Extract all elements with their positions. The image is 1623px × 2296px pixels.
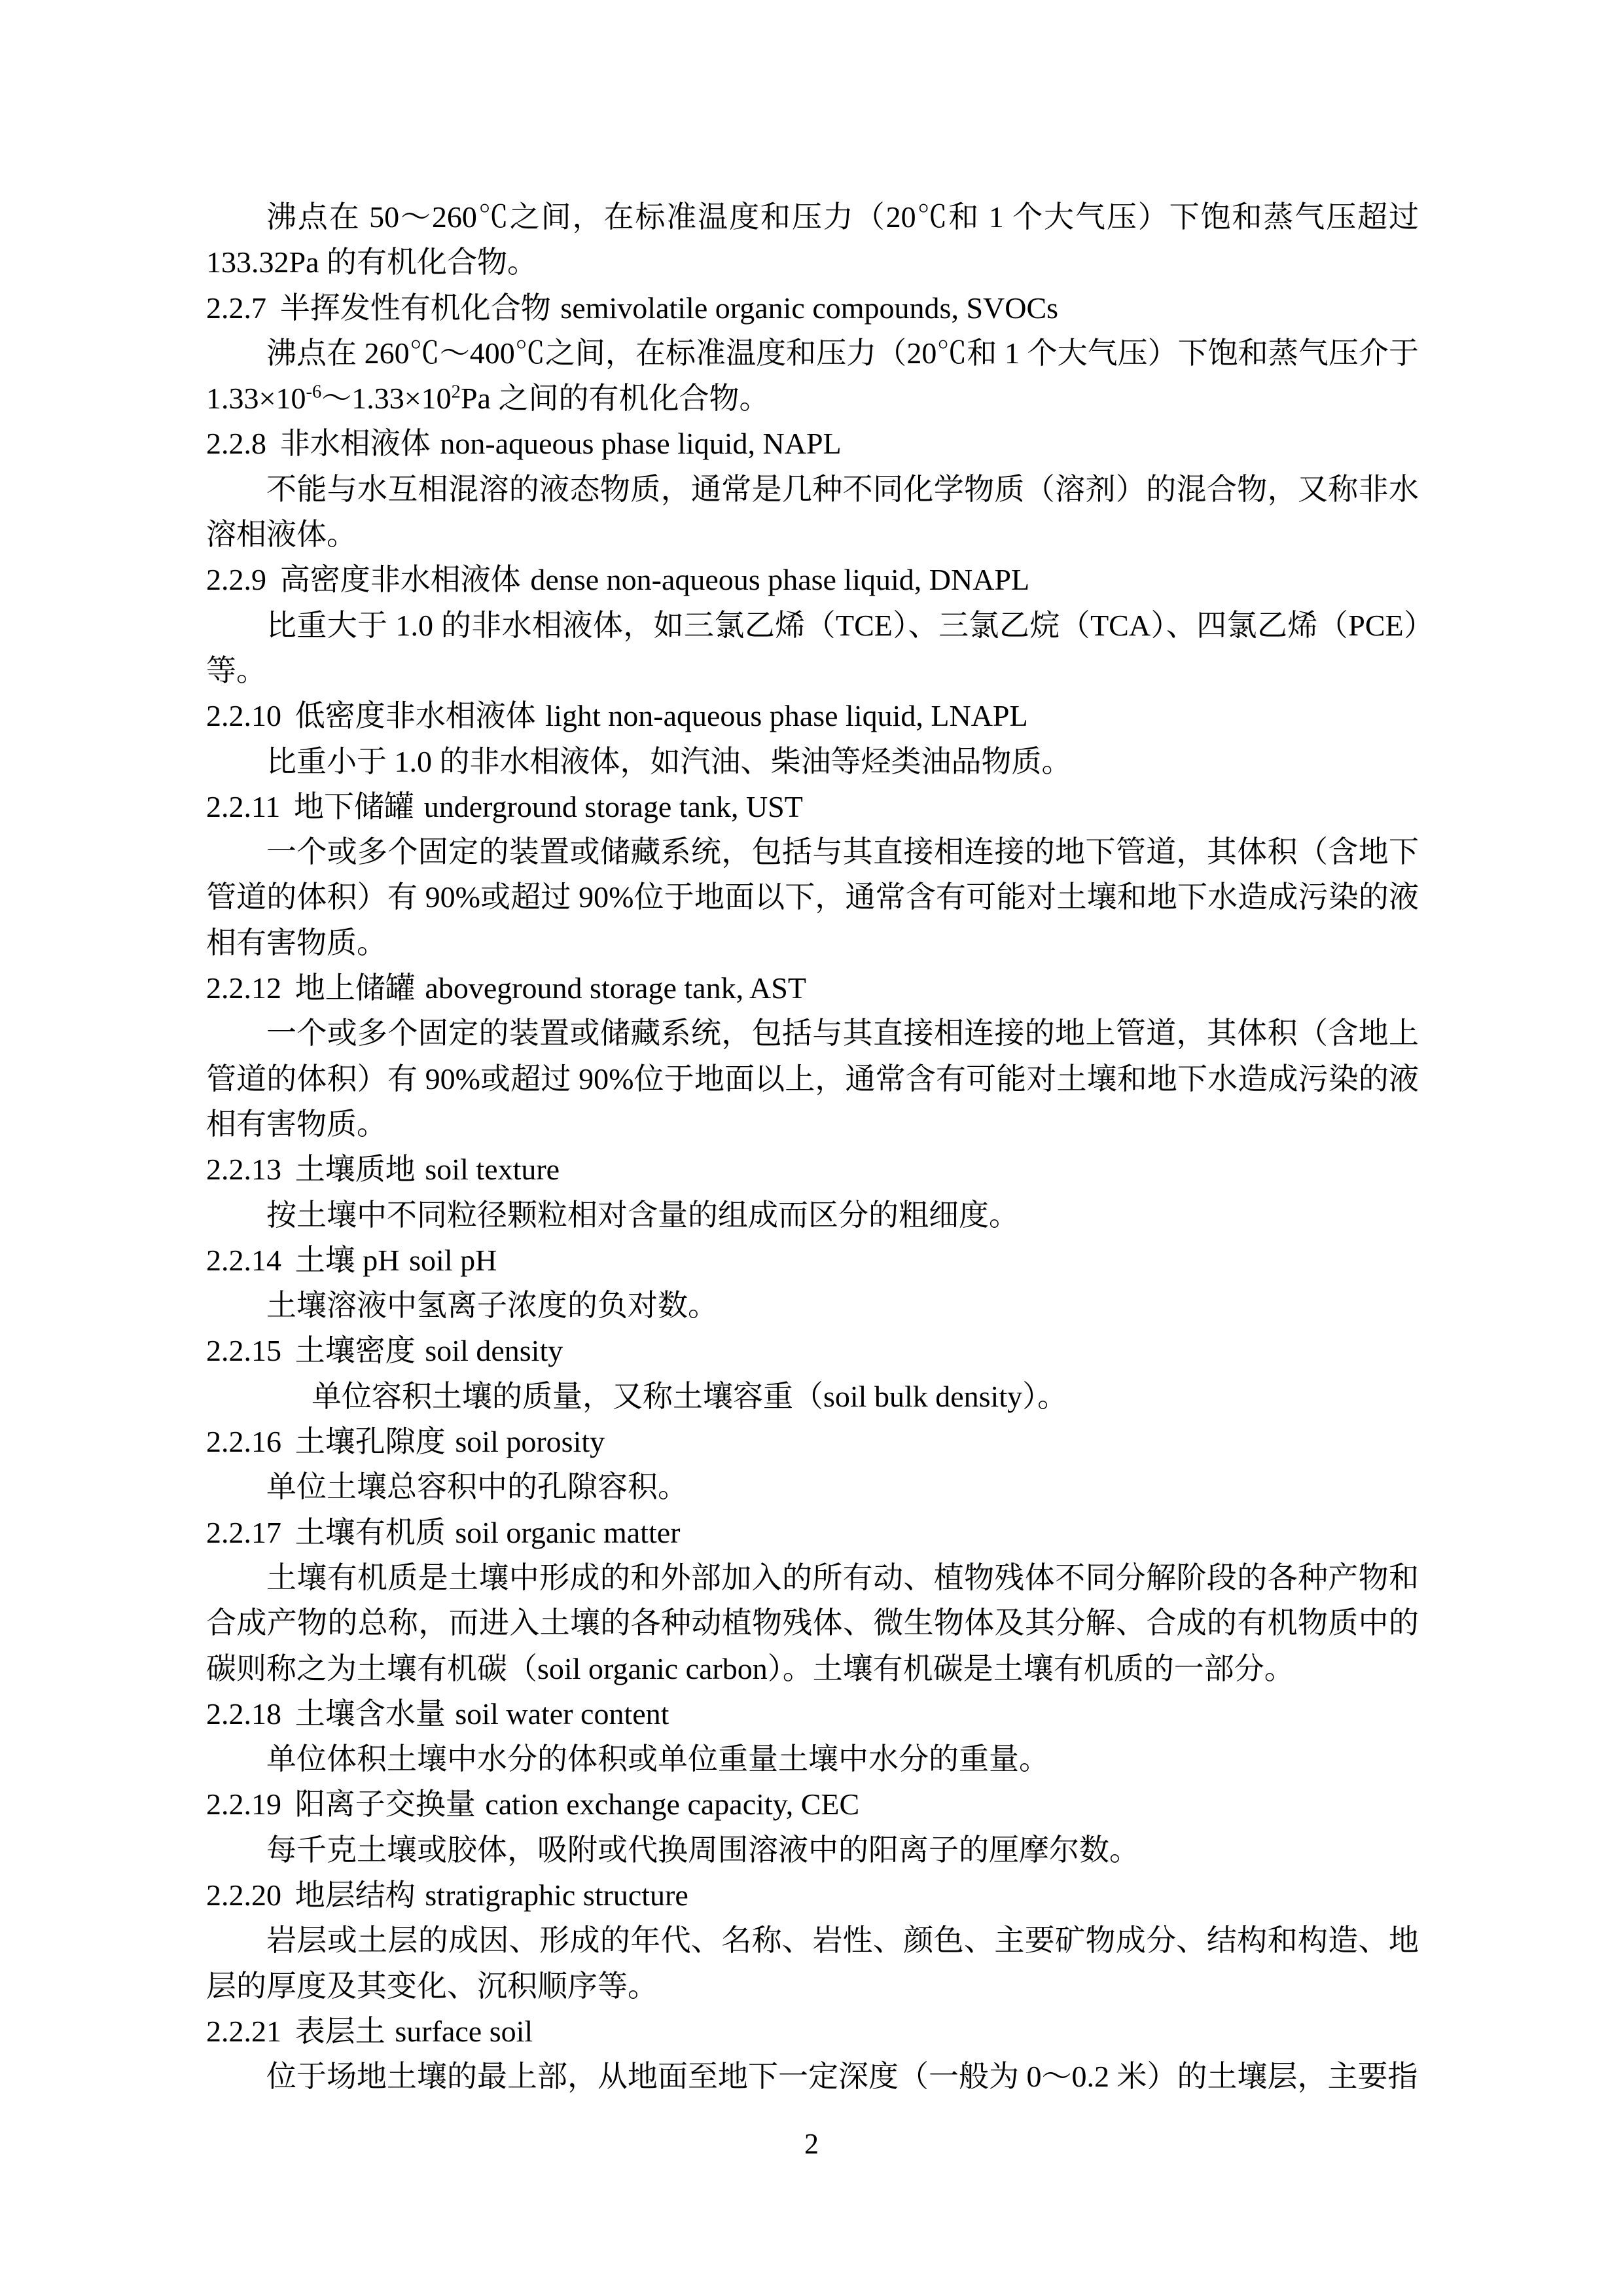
term-name-en: soil density: [425, 1334, 563, 1367]
term-name-zh: 高密度非水相液体: [280, 563, 521, 596]
term-number: 2.2.19: [206, 1787, 281, 1821]
term-name-en: aboveground storage tank, AST: [425, 971, 806, 1005]
term-name-zh: 表层土: [295, 2015, 385, 2048]
term-number: 2.2.16: [206, 1425, 281, 1458]
term-name-zh: 土壤密度: [295, 1334, 416, 1367]
term-name-zh: 土壤孔隙度: [295, 1425, 446, 1458]
term-heading: 2.2.10低密度非水相液体light non-aqueous phase li…: [206, 693, 1419, 738]
definition-para: 位于场地土壤的最上部，从地面至地下一定深度（一般为 0～0.2 米）的土壤层，主…: [206, 2054, 1419, 2099]
term-heading: 2.2.19阳离子交换量cation exchange capacity, CE…: [206, 1782, 1419, 1827]
term-name-en: soil porosity: [455, 1425, 605, 1458]
definition-para: 单位土壤总容积中的孔隙容积。: [206, 1464, 1419, 1509]
term-heading: 2.2.21表层土surface soil: [206, 2009, 1419, 2054]
definition-para: 岩层或土层的成因、形成的年代、名称、岩性、颜色、主要矿物成分、结构和构造、地层的…: [206, 1918, 1419, 2009]
definition-para: 单位容积土壤的质量，又称土壤容重（soil bulk density）。: [206, 1374, 1419, 1419]
definition-para: 土壤有机质是土壤中形成的和外部加入的所有动、植物残体不同分解阶段的各种产物和合成…: [206, 1555, 1419, 1691]
definition-para: 比重大于 1.0 的非水相液体，如三氯乙烯（TCE）、三氯乙烷（TCA）、四氯乙…: [206, 603, 1419, 694]
def-text-segment: Pa 之间的有机化合物。: [461, 382, 770, 415]
term-name-zh: 土壤含水量: [295, 1697, 446, 1731]
term-name-en: dense non-aqueous phase liquid, DNAPL: [530, 563, 1029, 596]
term-number: 2.2.13: [206, 1153, 281, 1186]
term-name-en: cation exchange capacity, CEC: [485, 1787, 859, 1821]
term-number: 2.2.12: [206, 971, 281, 1005]
term-heading: 2.2.13土壤质地soil texture: [206, 1147, 1419, 1192]
term-heading: 2.2.8非水相液体non-aqueous phase liquid, NAPL: [206, 421, 1419, 466]
term-name-en: soil texture: [425, 1153, 560, 1186]
term-number: 2.2.7: [206, 291, 266, 325]
definition-para: 一个或多个固定的装置或储藏系统，包括与其直接相连接的地上管道，其体积（含地上管道…: [206, 1011, 1419, 1147]
term-name-en: light non-aqueous phase liquid, LNAPL: [545, 699, 1027, 732]
document-body: 沸点在 50～260℃之间，在标准温度和压力（20℃和 1 个大气压）下饱和蒸气…: [206, 194, 1419, 2099]
definition-para: 单位体积土壤中水分的体积或单位重量土壤中水分的重量。: [206, 1736, 1419, 1782]
term-name-zh: 土壤有机质: [295, 1516, 446, 1549]
term-name-en: semivolatile organic compounds, SVOCs: [560, 291, 1058, 325]
term-name-zh: 非水相液体: [280, 427, 431, 460]
term-name-zh: 阳离子交换量: [295, 1787, 476, 1821]
term-name-en: stratigraphic structure: [425, 1878, 688, 1912]
term-name-en: soil water content: [455, 1697, 669, 1731]
page-number: 2: [0, 2128, 1623, 2160]
term-number: 2.2.15: [206, 1334, 281, 1367]
term-name-zh: 地下储罐: [294, 790, 414, 823]
definition-para: 不能与水互相混溶的液态物质，通常是几种不同化学物质（溶剂）的混合物，又称非水溶相…: [206, 467, 1419, 558]
term-heading: 2.2.14土壤 pHsoil pH: [206, 1238, 1419, 1283]
definition-para: 沸点在 260℃～400℃之间，在标准温度和压力（20℃和 1 个大气压）下饱和…: [206, 331, 1419, 422]
definition-para: 沸点在 50～260℃之间，在标准温度和压力（20℃和 1 个大气压）下饱和蒸气…: [206, 194, 1419, 285]
term-name-zh: 地上储罐: [295, 971, 416, 1005]
term-number: 2.2.11: [206, 790, 280, 823]
term-heading: 2.2.7半挥发性有机化合物semivolatile organic compo…: [206, 285, 1419, 331]
term-number: 2.2.17: [206, 1516, 281, 1549]
term-number: 2.2.18: [206, 1697, 281, 1731]
definition-para: 土壤溶液中氢离子浓度的负对数。: [206, 1283, 1419, 1328]
term-heading: 2.2.17土壤有机质soil organic matter: [206, 1510, 1419, 1555]
term-name-en: underground storage tank, UST: [424, 790, 803, 823]
definition-para: 比重小于 1.0 的非水相液体，如汽油、柴油等烃类油品物质。: [206, 739, 1419, 784]
term-heading: 2.2.18土壤含水量soil water content: [206, 1691, 1419, 1736]
superscript-exponent: 2: [452, 382, 461, 403]
term-number: 2.2.9: [206, 563, 266, 596]
definition-para: 每千克土壤或胶体，吸附或代换周围溶液中的阳离子的厘摩尔数。: [206, 1827, 1419, 1873]
term-heading: 2.2.11地下储罐underground storage tank, UST: [206, 784, 1419, 829]
term-name-zh: 土壤质地: [295, 1153, 416, 1186]
term-heading: 2.2.16土壤孔隙度soil porosity: [206, 1419, 1419, 1464]
term-name-en: soil pH: [409, 1244, 497, 1277]
term-number: 2.2.10: [206, 699, 281, 732]
term-name-en: soil organic matter: [455, 1516, 680, 1549]
superscript-exponent: -6: [306, 382, 321, 403]
term-name-zh: 半挥发性有机化合物: [280, 291, 551, 325]
term-number: 2.2.14: [206, 1244, 281, 1277]
term-number: 2.2.8: [206, 427, 266, 460]
term-heading: 2.2.12地上储罐aboveground storage tank, AST: [206, 965, 1419, 1011]
term-name-en: surface soil: [395, 2015, 533, 2048]
term-number: 2.2.20: [206, 1878, 281, 1912]
document-page: 沸点在 50～260℃之间，在标准温度和压力（20℃和 1 个大气压）下饱和蒸气…: [0, 0, 1623, 2296]
term-name-zh: 地层结构: [295, 1878, 416, 1912]
term-heading: 2.2.9高密度非水相液体dense non-aqueous phase liq…: [206, 557, 1419, 602]
term-name-zh: 低密度非水相液体: [295, 699, 536, 732]
term-name-zh: 土壤 pH: [295, 1244, 400, 1277]
term-heading: 2.2.20地层结构stratigraphic structure: [206, 1873, 1419, 1918]
definition-para: 按土壤中不同粒径颗粒相对含量的组成而区分的粗细度。: [206, 1193, 1419, 1238]
def-text-segment: ～1.33×10: [321, 382, 451, 415]
definition-para: 一个或多个固定的装置或储藏系统，包括与其直接相连接的地下管道，其体积（含地下管道…: [206, 829, 1419, 965]
term-number: 2.2.21: [206, 2015, 281, 2048]
term-name-en: non-aqueous phase liquid, NAPL: [440, 427, 841, 460]
term-heading: 2.2.15土壤密度soil density: [206, 1328, 1419, 1373]
